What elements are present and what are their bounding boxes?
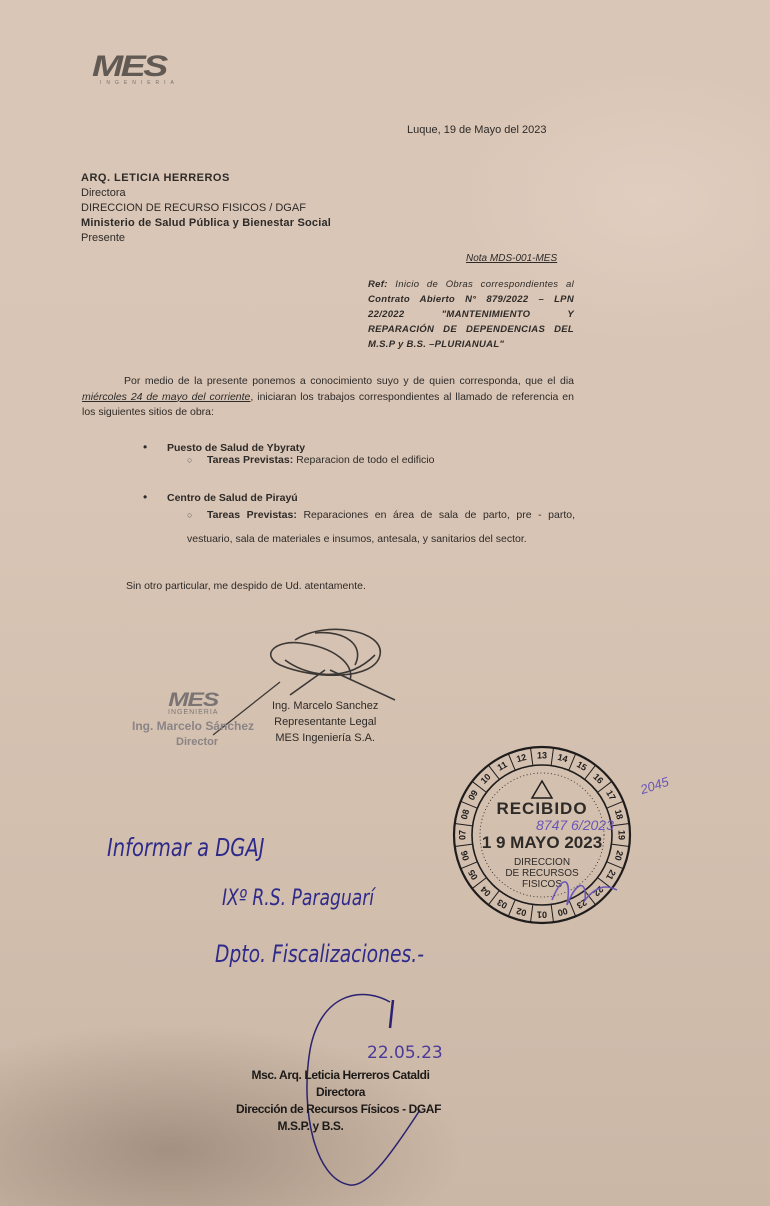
circle-bullet-icon: ○	[187, 503, 207, 527]
recipient-block: ARQ. LETICIA HERREROS Directora DIRECCIO…	[81, 171, 331, 246]
date-line: Luque, 19 de Mayo del 2023	[407, 124, 546, 136]
company-logo: MES INGENIERIA	[92, 50, 179, 86]
reference-block: Ref: Inicio de Obras correspondientes al…	[368, 277, 574, 352]
reference-text-1: Inicio de Obras correspondientes al	[395, 279, 574, 290]
svg-text:10: 10	[479, 772, 493, 786]
start-date: miércoles 24 de mayo del corriente	[82, 391, 250, 403]
signatory-name: Ing. Marcelo Sanchez	[272, 698, 378, 714]
director-title: Directora	[240, 1084, 441, 1101]
svg-text:15: 15	[575, 759, 589, 773]
task-text: Reparacion de todo el edificio	[296, 454, 434, 466]
stamp-date: 1 9 MAYO 2023	[452, 833, 632, 853]
recipient-greeting: Presente	[81, 231, 331, 246]
handwritten-note-line: Informar a DGAJ	[107, 833, 264, 862]
recipient-title: Directora	[81, 186, 331, 201]
stamp-handwritten-number: 8747 6/2023	[536, 817, 614, 833]
site-task: ○Tareas Previstas: Reparaciones en área …	[187, 503, 575, 551]
svg-text:13: 13	[537, 750, 547, 760]
signatory-role: Representante Legal	[272, 714, 378, 730]
svg-text:03: 03	[495, 897, 509, 911]
director-signature-block: Msc. Arq. Leticia Herreros Cataldi Direc…	[240, 1067, 441, 1135]
company-stamp-role: Director	[176, 736, 218, 748]
site-task: ○Tareas Previstas: Reparacion de todo el…	[187, 448, 434, 472]
svg-text:02: 02	[515, 906, 527, 918]
signatory-company: MES Ingeniería S.A.	[272, 730, 378, 746]
task-label: Tareas Previstas	[207, 509, 293, 521]
stamp-label: RECIBIDO	[452, 799, 632, 819]
stamp-side-note: 2045	[638, 774, 670, 797]
svg-text:01: 01	[537, 910, 547, 920]
received-stamp: 1213141516171819202122230001020304050607…	[452, 745, 632, 925]
svg-text:14: 14	[556, 752, 568, 764]
recipient-name: ARQ. LETICIA HERREROS	[81, 171, 331, 186]
closing-line: Sin otro particular, me despido de Ud. a…	[126, 580, 366, 592]
director-ministry: M.S.P. y B.S.	[180, 1118, 441, 1135]
svg-text:11: 11	[496, 759, 509, 772]
reference-label: Ref:	[368, 279, 388, 290]
svg-text:12: 12	[515, 752, 527, 764]
svg-text:16: 16	[591, 772, 605, 786]
stamp-initials-icon	[547, 870, 627, 910]
stamp-dept-line: DIRECCION	[452, 857, 632, 868]
company-stamp-logo: MES INGENIERIA	[168, 690, 218, 716]
logo-text: MES	[92, 50, 166, 84]
bullet-icon: •	[143, 440, 167, 454]
stamp-logo-text: MES	[168, 690, 218, 712]
director-name: Msc. Arq. Leticia Herreros Cataldi	[240, 1067, 441, 1084]
handwritten-note-line: Dpto. Fiscalizaciones.-	[215, 940, 424, 968]
recipient-department: DIRECCION DE RECURSO FISICOS / DGAF	[81, 201, 331, 216]
task-label: Tareas Previstas	[207, 454, 290, 466]
handwritten-date: 22.05.23	[367, 1043, 443, 1063]
reference-contract-label: Contrato Abierto N°	[368, 294, 476, 305]
body-paragraph: Por medio de la presente ponemos a conoc…	[82, 374, 574, 421]
signatory-block: Ing. Marcelo Sanchez Representante Legal…	[272, 698, 378, 746]
recipient-ministry: Ministerio de Salud Pública y Bienestar …	[81, 216, 331, 231]
director-department: Dirección de Recursos Físicos - DGAF	[236, 1101, 441, 1118]
note-number: Nota MDS-001-MES	[466, 253, 557, 264]
bullet-icon: •	[143, 490, 167, 504]
circle-bullet-icon: ○	[187, 448, 207, 472]
body-part-1: Por medio de la presente ponemos a conoc…	[124, 375, 574, 387]
company-stamp-name: Ing. Marcelo Sánchez	[132, 718, 254, 734]
handwritten-note-line: IXº R.S. Paraguarí	[222, 886, 374, 911]
